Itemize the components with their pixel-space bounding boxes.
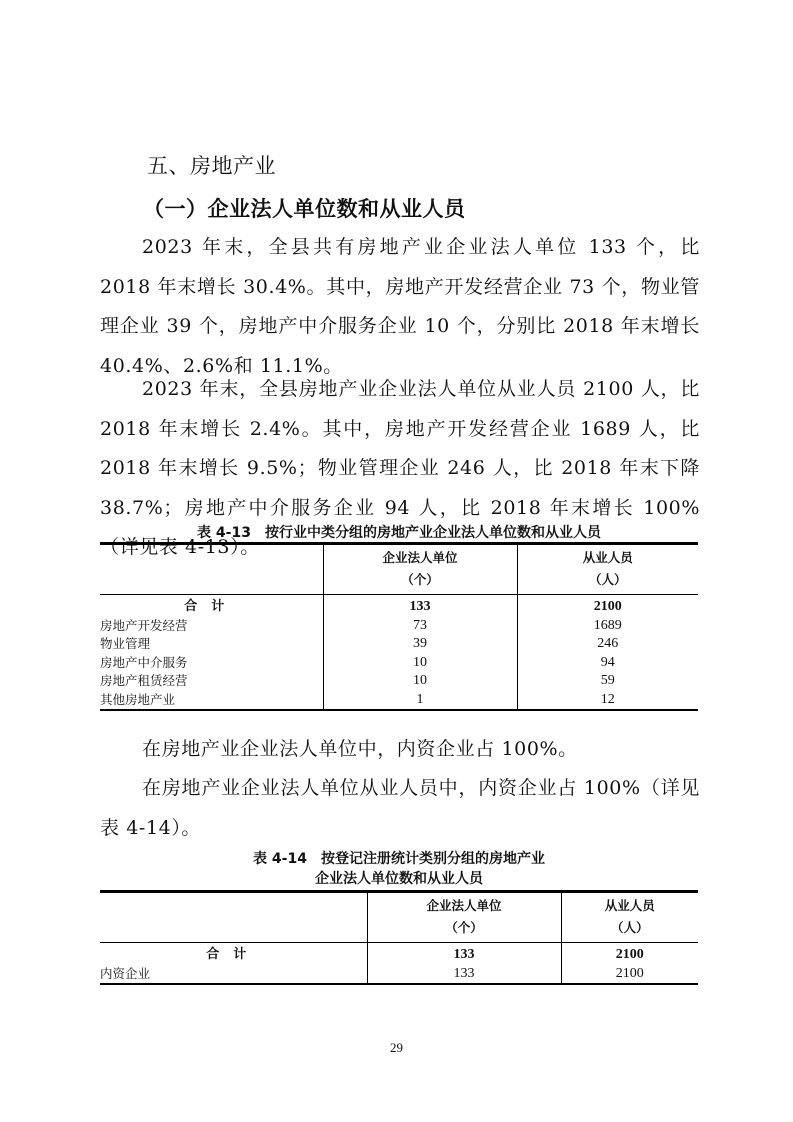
header-units-unit: （个）: [324, 569, 517, 591]
row-name: 内资企业: [100, 965, 367, 985]
row-name: 物业管理: [100, 635, 323, 654]
table-row: 物业管理 39 246: [100, 635, 698, 654]
row-employees: 94: [517, 654, 698, 673]
header-employees-label: 从业人员: [562, 895, 699, 917]
row-units: 133: [367, 965, 561, 985]
header-employees-unit: （人）: [518, 569, 699, 591]
row-units: 10: [323, 672, 517, 691]
header-blank: [100, 892, 367, 943]
row-name: 房地产租赁经营: [100, 672, 323, 691]
header-employees: 从业人员 （人）: [561, 892, 698, 943]
row-employees: 2100: [561, 943, 698, 965]
row-units: 10: [323, 654, 517, 673]
header-employees: 从业人员 （人）: [517, 544, 698, 595]
table-4-14-caption-line1: 表 4-14 按登记注册统计类别分组的房地产业: [100, 850, 698, 869]
paragraph-domestic-units: 在房地产业企业法人单位中，内资企业占 100%。: [100, 730, 700, 770]
row-units: 73: [323, 617, 517, 636]
header-employees-unit: （人）: [562, 917, 699, 939]
table-row: 房地产中介服务 10 94: [100, 654, 698, 673]
table-4-14-caption-line2: 企业法人单位数和从业人员: [100, 870, 698, 889]
table-4-14: 企业法人单位 （个） 从业人员 （人） 合计 133 2100 内资企业 133…: [100, 890, 698, 985]
row-employees: 59: [517, 672, 698, 691]
row-employees: 1689: [517, 617, 698, 636]
row-name: 房地产中介服务: [100, 654, 323, 673]
row-units: 133: [367, 943, 561, 965]
row-name: 合计: [100, 595, 323, 617]
row-employees: 2100: [517, 595, 698, 617]
table-row: 其他房地产业 1 12: [100, 691, 698, 711]
paragraph-units: 2023 年末，全县共有房地产业企业法人单位 133 个，比 2018 年末增长…: [100, 228, 700, 386]
row-name: 合计: [100, 943, 367, 965]
row-employees: 2100: [561, 965, 698, 985]
header-employees-label: 从业人员: [518, 547, 699, 569]
row-name: 其他房地产业: [100, 691, 323, 711]
row-units: 39: [323, 635, 517, 654]
table-row: 房地产开发经营 73 1689: [100, 617, 698, 636]
header-units-label: 企业法人单位: [324, 547, 517, 569]
header-units: 企业法人单位 （个）: [323, 544, 517, 595]
table-row: 房地产租赁经营 10 59: [100, 672, 698, 691]
row-units: 133: [323, 595, 517, 617]
section-title: 五、房地产业: [147, 150, 276, 180]
row-units: 1: [323, 691, 517, 711]
row-employees: 246: [517, 635, 698, 654]
header-units-unit: （个）: [368, 917, 561, 939]
table-row-total: 合计 133 2100: [100, 943, 698, 965]
table-row: 内资企业 133 2100: [100, 965, 698, 985]
table-4-13: 企业法人单位 （个） 从业人员 （人） 合计 133 2100 房地产开发经营 …: [100, 542, 698, 711]
header-units: 企业法人单位 （个）: [367, 892, 561, 943]
header-blank: [100, 544, 323, 595]
row-name: 房地产开发经营: [100, 617, 323, 636]
header-units-label: 企业法人单位: [368, 895, 561, 917]
table-4-13-caption: 表 4-13 按行业中类分组的房地产业企业法人单位数和从业人员: [100, 524, 698, 543]
paragraph-domestic-employees: 在房地产业企业法人单位从业人员中，内资企业占 100%（详见表 4-14）。: [100, 769, 700, 848]
table-row-total: 合计 133 2100: [100, 595, 698, 617]
page-number: 29: [0, 1040, 793, 1056]
row-employees: 12: [517, 691, 698, 711]
subsection-title: （一）企业法人单位数和从业人员: [143, 193, 466, 223]
